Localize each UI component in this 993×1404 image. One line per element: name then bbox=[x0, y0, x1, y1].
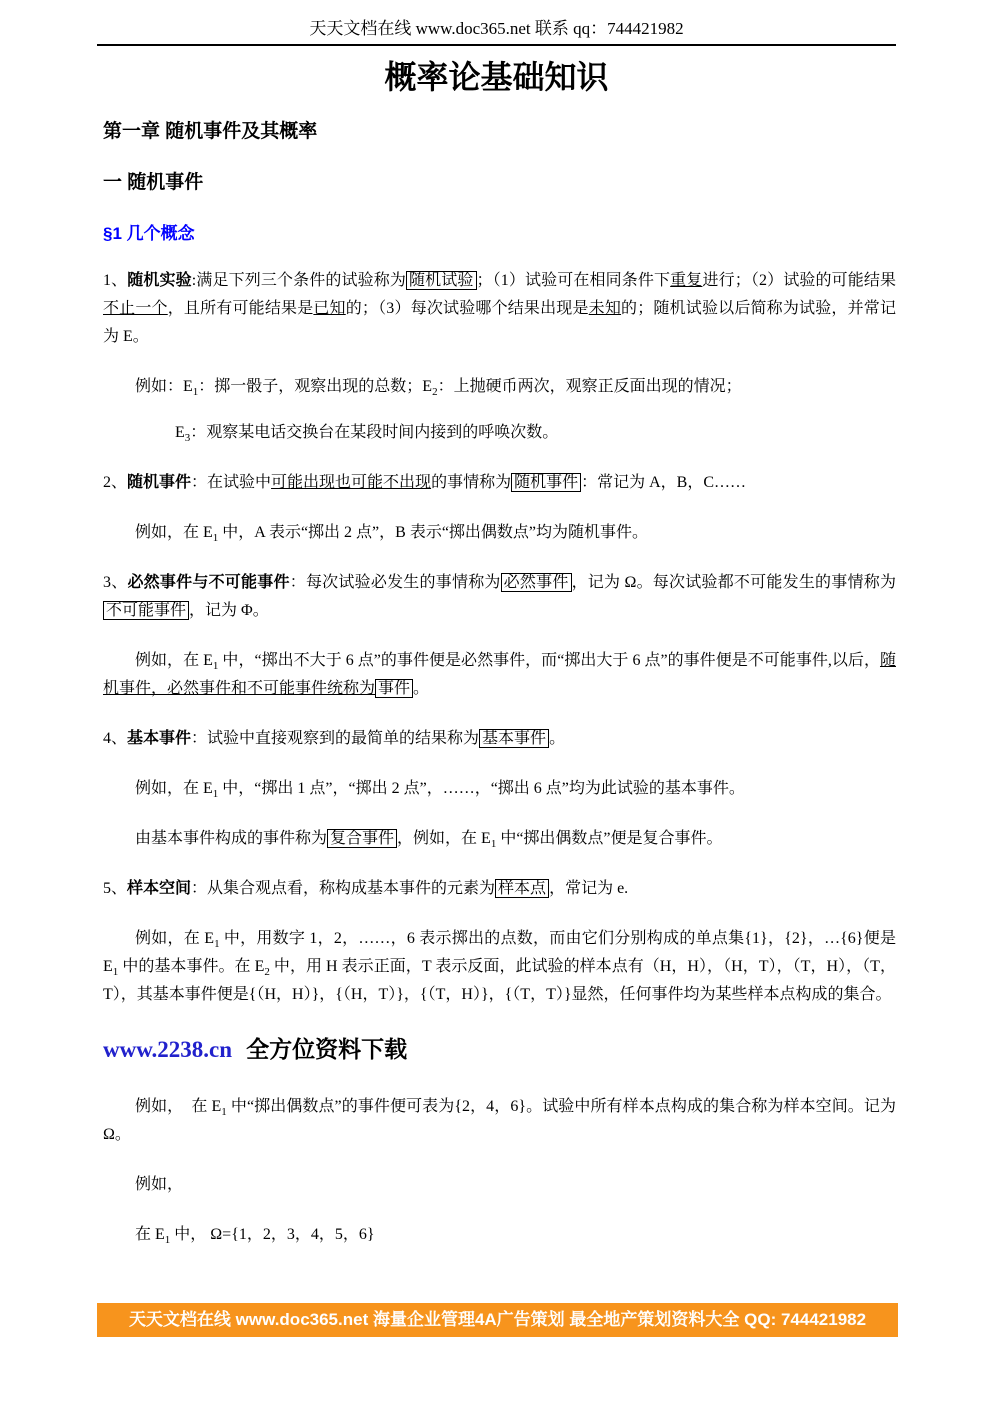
text-run: 5、 bbox=[103, 880, 127, 897]
text-run: 中，“掷出 1 点”，“掷出 2 点”，……，“掷出 6 点”均为此试验的基本事… bbox=[218, 780, 745, 797]
boxed-term: 不可能事件 bbox=[103, 601, 189, 620]
text-run: 例如， bbox=[135, 1176, 183, 1193]
example-even-points-set: 例如， 在 E1 中“掷出偶数点”的事件便可表为{2，4，6}。试验中所有样本点… bbox=[103, 1093, 896, 1149]
header-watermark-text: 天天文档在线 www.doc365.net 联系 qq：744421982 bbox=[309, 19, 683, 38]
text-run: ，常记为 e. bbox=[549, 880, 628, 897]
text-run: ；（1）试验可在相同条件下 bbox=[477, 272, 671, 289]
boxed-term: 基本事件 bbox=[479, 729, 549, 748]
text-run: ，例如，在 E bbox=[397, 830, 491, 847]
text-run: ：上抛硬币两次，观察正反面出现的情况； bbox=[438, 378, 742, 395]
text-run: ：观察某电话交换台在某段时间内接到的呼唤次数。 bbox=[190, 424, 558, 441]
text-run: 中， Ω={1，2，3，4，5，6} bbox=[170, 1226, 374, 1243]
text-run: 在 E bbox=[135, 1226, 165, 1243]
boxed-term: 事件 bbox=[375, 679, 413, 698]
text-run: 3、 bbox=[103, 574, 127, 591]
boxed-term: 样本点 bbox=[495, 879, 549, 898]
document-page: 天天文档在线 www.doc365.net 联系 qq：744421982 概率… bbox=[0, 0, 993, 1404]
example-random-event: 例如，在 E1 中，A 表示“掷出 2 点”，B 表示“掷出偶数点”均为随机事件… bbox=[103, 519, 896, 547]
chapter-heading: 第一章 随机事件及其概率 bbox=[103, 120, 896, 144]
paragraph-certain-impossible-event: 3、必然事件与不可能事件：每次试验必发生的事情称为必然事件，记为 Ω。每次试验都… bbox=[103, 569, 896, 625]
text-run: 例如，在 E bbox=[135, 652, 213, 669]
text-run: ，且所有可能结果是 bbox=[168, 300, 314, 317]
example-lead-in: 例如， bbox=[103, 1171, 896, 1199]
text-run: 进行；（2）试验的可能结果 bbox=[702, 272, 896, 289]
text-run: ：掷一骰子，观察出现的总数；E bbox=[198, 378, 432, 395]
text-run: 2、 bbox=[103, 474, 127, 491]
example-e1-e2: 例如：E1：掷一骰子，观察出现的总数；E2：上抛硬币两次，观察正反面出现的情况； bbox=[103, 373, 896, 401]
document-body: 概率论基础知识 第一章 随机事件及其概率 一 随机事件 §1 几个概念 1、随机… bbox=[97, 56, 896, 1249]
text-run: 4、 bbox=[103, 730, 127, 747]
text-run: E bbox=[175, 424, 185, 441]
underlined-text: 已知 bbox=[313, 300, 345, 317]
example-sample-points: 例如，在 E1 中，用数字 1，2，……，6 表示掷出的点数，而由它们分别构成的… bbox=[103, 925, 896, 1009]
doc-title: 概率论基础知识 bbox=[97, 56, 896, 98]
subsection-heading: §1 几个概念 bbox=[103, 223, 896, 245]
boxed-term: 随机事件 bbox=[511, 473, 581, 492]
example-e3: E3：观察某电话交换台在某段时间内接到的呼唤次数。 bbox=[103, 419, 896, 447]
underlined-text: 重复 bbox=[670, 272, 702, 289]
example-omega-set: 在 E1 中， Ω={1，2，3，4，5，6} bbox=[103, 1221, 896, 1249]
text-run: 的事情称为 bbox=[431, 474, 511, 491]
paragraph-compound-event: 由基本事件构成的事件称为复合事件，例如，在 E1 中“掷出偶数点”便是复合事件。 bbox=[103, 825, 896, 853]
page-header: 天天文档在线 www.doc365.net 联系 qq：744421982 bbox=[0, 0, 993, 39]
text-run: 例如，在 E bbox=[135, 524, 213, 541]
text-run: ：在试验中 bbox=[191, 474, 271, 491]
text-run: 。 bbox=[413, 680, 429, 697]
text-run: 中，“掷出不大于 6 点”的事件便是必然事件，而“掷出大于 6 点”的事件便是不… bbox=[218, 652, 880, 669]
text-run: ，记为 Ω。每次试验都不可能发生的事情称为 bbox=[572, 574, 896, 591]
text-run: ：常记为 A，B，C…… bbox=[581, 474, 746, 491]
example-basic-event: 例如，在 E1 中，“掷出 1 点”，“掷出 2 点”，……，“掷出 6 点”均… bbox=[103, 775, 896, 803]
boxed-term: 必然事件 bbox=[501, 573, 572, 592]
boxed-term: 复合事件 bbox=[327, 829, 397, 848]
text-run: 。 bbox=[549, 730, 565, 747]
text-run: 例如，在 E bbox=[135, 780, 213, 797]
paragraph-random-event: 2、随机事件：在试验中可能出现也可能不出现的事情称为随机事件：常记为 A，B，C… bbox=[103, 469, 896, 497]
text-run: 的；（3）每次试验哪个结果出现是 bbox=[346, 300, 589, 317]
paragraph-sample-space: 5、样本空间：从集合观点看，称构成基本事件的元素为样本点，常记为 e. bbox=[103, 875, 896, 903]
text-run: ：试验中直接观察到的最简单的结果称为 bbox=[191, 730, 479, 747]
header-divider bbox=[97, 44, 896, 46]
text-run: 例如，在 E bbox=[135, 930, 214, 947]
text-run: 中“掷出偶数点”便是复合事件。 bbox=[496, 830, 722, 847]
promo-line: www.2238.cn全方位资料下载 bbox=[103, 1035, 896, 1065]
paragraph-random-experiment: 1、随机实验:满足下列三个条件的试验称为随机试验；（1）试验可在相同条件下重复进… bbox=[103, 267, 896, 351]
text-run: 中，A 表示“掷出 2 点”，B 表示“掷出偶数点”均为随机事件。 bbox=[218, 524, 648, 541]
text-run: 1、 bbox=[103, 272, 127, 289]
section-heading: 一 随机事件 bbox=[103, 171, 896, 195]
text-run: 中的基本事件。在 E bbox=[118, 958, 264, 975]
example-certain-impossible: 例如，在 E1 中，“掷出不大于 6 点”的事件便是必然事件，而“掷出大于 6 … bbox=[103, 647, 896, 703]
bold-term: 基本事件 bbox=[127, 730, 191, 747]
text-run: 由基本事件构成的事件称为 bbox=[135, 830, 327, 847]
text-run: 中“掷出偶数点”的事件便可表为{2，4，6}。试验中所有样本点构成的集合称为样本… bbox=[103, 1098, 896, 1143]
promo-link[interactable]: www.2238.cn bbox=[103, 1037, 232, 1062]
bold-term: 样本空间 bbox=[127, 880, 191, 897]
text-run: ：从集合观点看，称构成基本事件的元素为 bbox=[191, 880, 495, 897]
underlined-text: 不止一个 bbox=[103, 300, 168, 317]
underlined-text: 未知 bbox=[589, 300, 621, 317]
boxed-term: 随机试验 bbox=[406, 271, 477, 290]
footer-ad-banner[interactable]: 天天文档在线 www.doc365.net 海量企业管理4A广告策划 最全地产策… bbox=[97, 1303, 898, 1337]
underlined-text: 可能出现也可能不出现 bbox=[271, 474, 431, 491]
text-run: ，记为 Φ。 bbox=[189, 602, 269, 619]
bold-term: 必然事件与不可能事件 bbox=[127, 574, 289, 591]
promo-label: 全方位资料下载 bbox=[246, 1037, 407, 1062]
paragraph-basic-event: 4、基本事件：试验中直接观察到的最简单的结果称为基本事件。 bbox=[103, 725, 896, 753]
text-run: :满足下列三个条件的试验称为 bbox=[192, 272, 406, 289]
bold-term: 随机实验 bbox=[127, 272, 192, 289]
bold-term: 随机事件 bbox=[127, 474, 191, 491]
text-run: 例如：E bbox=[135, 378, 193, 395]
text-run: 例如， 在 E bbox=[135, 1098, 221, 1115]
text-run: ：每次试验必发生的事情称为 bbox=[290, 574, 501, 591]
